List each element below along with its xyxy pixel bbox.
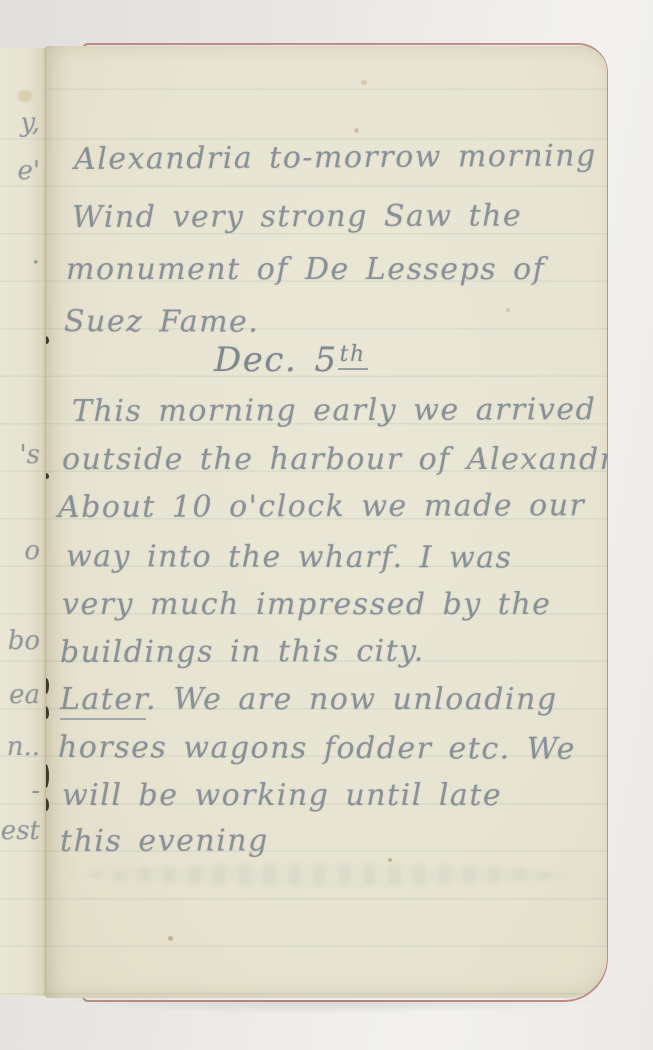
left-page-text-fragment: - xyxy=(31,776,40,806)
handwriting-line-later: Later. We are now unloading xyxy=(60,682,558,717)
foxing-stain xyxy=(168,936,173,941)
binding-stitch xyxy=(45,764,49,788)
later-rest: . We are now unloading xyxy=(146,682,557,717)
handwriting-line: way into the wharf. I was xyxy=(66,539,513,576)
handwriting-line: This morning early we arrived xyxy=(72,392,596,429)
left-page-text-fragment: o xyxy=(24,536,40,566)
handwriting-line: Suez Fame. xyxy=(64,304,259,340)
left-page-text-fragment: n.. xyxy=(7,732,40,762)
left-page-text-fragment: . xyxy=(32,240,40,270)
bleed-through-text xyxy=(88,864,566,886)
handwriting-line: Wind very strong Saw the xyxy=(72,198,522,235)
date-heading: Dec. 5th xyxy=(214,340,368,380)
foxing-stain xyxy=(506,308,510,312)
handwriting-line: monument of De Lesseps of xyxy=(66,252,545,287)
binding-stitch xyxy=(45,678,50,694)
handwriting-line: Alexandria to-morrow morning xyxy=(74,138,597,177)
left-page-text-fragment: Rest xyxy=(0,816,40,846)
later-label: Later xyxy=(60,682,146,720)
date-text: Dec. 5 xyxy=(214,340,338,380)
left-page-edge: y, e' . 's o bo ea n.. - Rest xyxy=(0,48,46,996)
date-ordinal-suffix: th xyxy=(338,342,368,370)
foxing-stain xyxy=(18,90,32,102)
handwriting-line: horses wagons fodder etc. We xyxy=(58,730,576,767)
handwriting-line: buildings in this city. xyxy=(60,634,425,670)
handwriting-line: this evening xyxy=(60,823,269,859)
binding-stitch xyxy=(45,336,49,344)
handwriting-line: very much impressed by the xyxy=(62,587,551,622)
binding-stitch xyxy=(45,706,49,719)
diary-page: Alexandria to-morrow morning Wind very s… xyxy=(45,46,607,998)
handwriting-line: outside the harbour of Alexandria, xyxy=(62,442,607,477)
left-page-text-fragment: 's xyxy=(20,440,41,470)
binding-stitch xyxy=(45,473,49,479)
left-page-text-fragment: bo xyxy=(8,626,40,656)
handwriting-line: About 10 o'clock we made our xyxy=(58,488,585,525)
foxing-stain xyxy=(388,858,392,862)
binding-stitch xyxy=(45,798,49,811)
foxing-stain xyxy=(354,128,359,133)
notebook-photograph: y, e' . 's o bo ea n.. - Rest Alexandria… xyxy=(0,0,653,1050)
handwriting-line: will be working until late xyxy=(62,778,502,813)
foxing-stain xyxy=(361,80,367,85)
left-page-text-fragment: ea xyxy=(9,680,40,710)
left-page-text-fragment: y, xyxy=(21,108,41,138)
left-page-text-fragment: e' xyxy=(17,156,40,186)
